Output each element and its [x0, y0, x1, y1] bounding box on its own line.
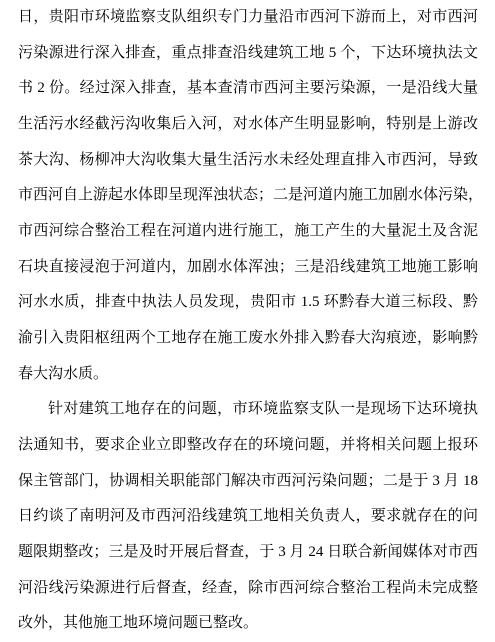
text-line: 茶大沟、杨柳冲大沟收集大量生活污水未经处理直排入市西河，导致: [18, 143, 478, 179]
document-page: 日，贵阳市环境监察支队组织专门力量沿市西河下游而上，对市西河污染源进行深入排查，…: [0, 0, 495, 642]
text-line: 日约谈了南明河及市西河沿线建筑工地相关负责人，要求就存在的问: [18, 499, 478, 535]
text-line: 石块直接浸泡于河道内，加剧水体浑浊；三是沿线建筑工地施工影响: [18, 250, 478, 286]
text-line: 改外，其他施工地环境问题已整改。: [18, 606, 478, 642]
text-line: 河沿线污染源进行后督查，经查，除市西河综合整治工程尚未完成整: [18, 571, 478, 607]
text-line: 渝引入贵阳枢纽两个工地存在施工废水外排入黔春大沟痕迹，影响黔: [18, 321, 478, 357]
text-line: 河水水质，排查中执法人员发现，贵阳市 1.5 环黔春大道三标段、黔: [18, 285, 478, 321]
text-line: 污染源进行深入排查，重点排查沿线建筑工地 5 个，下达环境执法文: [18, 36, 478, 72]
text-line: 春大沟水质。: [18, 357, 478, 393]
text-line: 日，贵阳市环境监察支队组织专门力量沿市西河下游而上，对市西河: [18, 0, 478, 36]
text-line: 针对建筑工地存在的问题，市环境监察支队一是现场下达环境执: [18, 392, 478, 428]
text-line: 题限期整改；三是及时开展后督查，于 3 月 24 日联合新闻媒体对市西: [18, 535, 478, 571]
text-line: 书 2 份。经过深入排查，基本查清市西河主要污染源，一是沿线大量: [18, 71, 478, 107]
text-line: 保主管部门，协调相关职能部门解决市西河污染问题；二是于 3 月 18: [18, 464, 478, 500]
text-line: 市西河自上游起水体即呈现浑浊状态；二是河道内施工加剧水体污染，: [18, 178, 478, 214]
text-line: 市西河综合整治工程在河道内进行施工，施工产生的大量泥土及含泥: [18, 214, 478, 250]
text-line: 生活污水经截污沟收集后入河，对水体产生明显影响，特别是上游改: [18, 107, 478, 143]
text-line: 法通知书，要求企业立即整改存在的环境问题，并将相关问题上报环: [18, 428, 478, 464]
document-body: 日，贵阳市环境监察支队组织专门力量沿市西河下游而上，对市西河污染源进行深入排查，…: [18, 0, 478, 642]
